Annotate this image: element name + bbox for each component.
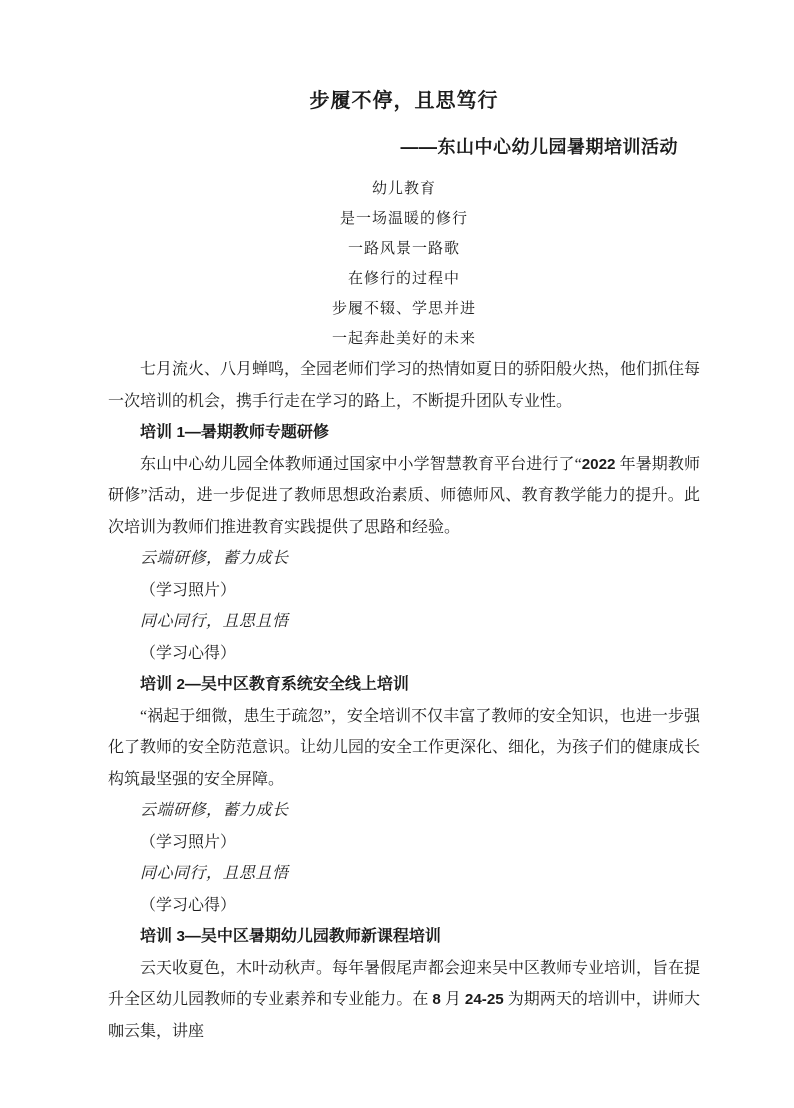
poem-line-5: 步履不辍、学思并进 [108, 294, 700, 324]
section-2-caption-cloud-study: 云端研修，蓄力成长 [108, 795, 700, 827]
page-title: 步履不停，且思笃行 [108, 86, 700, 116]
section-2-body: “祸起于细微，患生于疏忽”，安全培训不仅丰富了教师的安全知识，也进一步强化了教师… [108, 701, 700, 796]
poem-line-3: 一路风景一路歌 [108, 234, 700, 264]
section-1-caption-photos: （学习照片） [108, 575, 700, 607]
poem-line-4: 在修行的过程中 [108, 264, 700, 294]
poem-line-1: 幼儿教育 [108, 174, 700, 204]
poem-block: 幼儿教育 是一场温暖的修行 一路风景一路歌 在修行的过程中 步履不辍、学思并进 … [108, 174, 700, 354]
section-2-caption-photos: （学习照片） [108, 827, 700, 859]
intro-paragraph: 七月流火、八月蝉鸣，全园老师们学习的热情如夏日的骄阳般火热，他们抓住每一次培训的… [108, 354, 700, 417]
section-2-caption-together: 同心同行，且思且悟 [108, 858, 700, 890]
page-subtitle: ——东山中心幼儿园暑期培训活动 [108, 132, 700, 162]
section-1-heading: 培训 1—暑期教师专题研修 [108, 417, 700, 449]
section-1-caption-together: 同心同行，且思且悟 [108, 606, 700, 638]
section-1-caption-reflections: （学习心得） [108, 638, 700, 670]
section-2-heading: 培训 2—吴中区教育系统安全线上培训 [108, 669, 700, 701]
section-3-body: 云天收夏色，木叶动秋声。每年暑假尾声都会迎来吴中区教师专业培训，旨在提升全区幼儿… [108, 953, 700, 1048]
poem-line-6: 一起奔赴美好的未来 [108, 324, 700, 354]
document-page: 步履不停，且思笃行 ——东山中心幼儿园暑期培训活动 幼儿教育 是一场温暖的修行 … [0, 0, 794, 1108]
poem-line-2: 是一场温暖的修行 [108, 204, 700, 234]
section-1-body: 东山中心幼儿园全体教师通过国家中小学智慧教育平台进行了“2022 年暑期教师研修… [108, 449, 700, 544]
section-1-caption-cloud-study: 云端研修，蓄力成长 [108, 543, 700, 575]
section-3-heading: 培训 3—吴中区暑期幼儿园教师新课程培训 [108, 921, 700, 953]
section-2-caption-reflections: （学习心得） [108, 890, 700, 922]
